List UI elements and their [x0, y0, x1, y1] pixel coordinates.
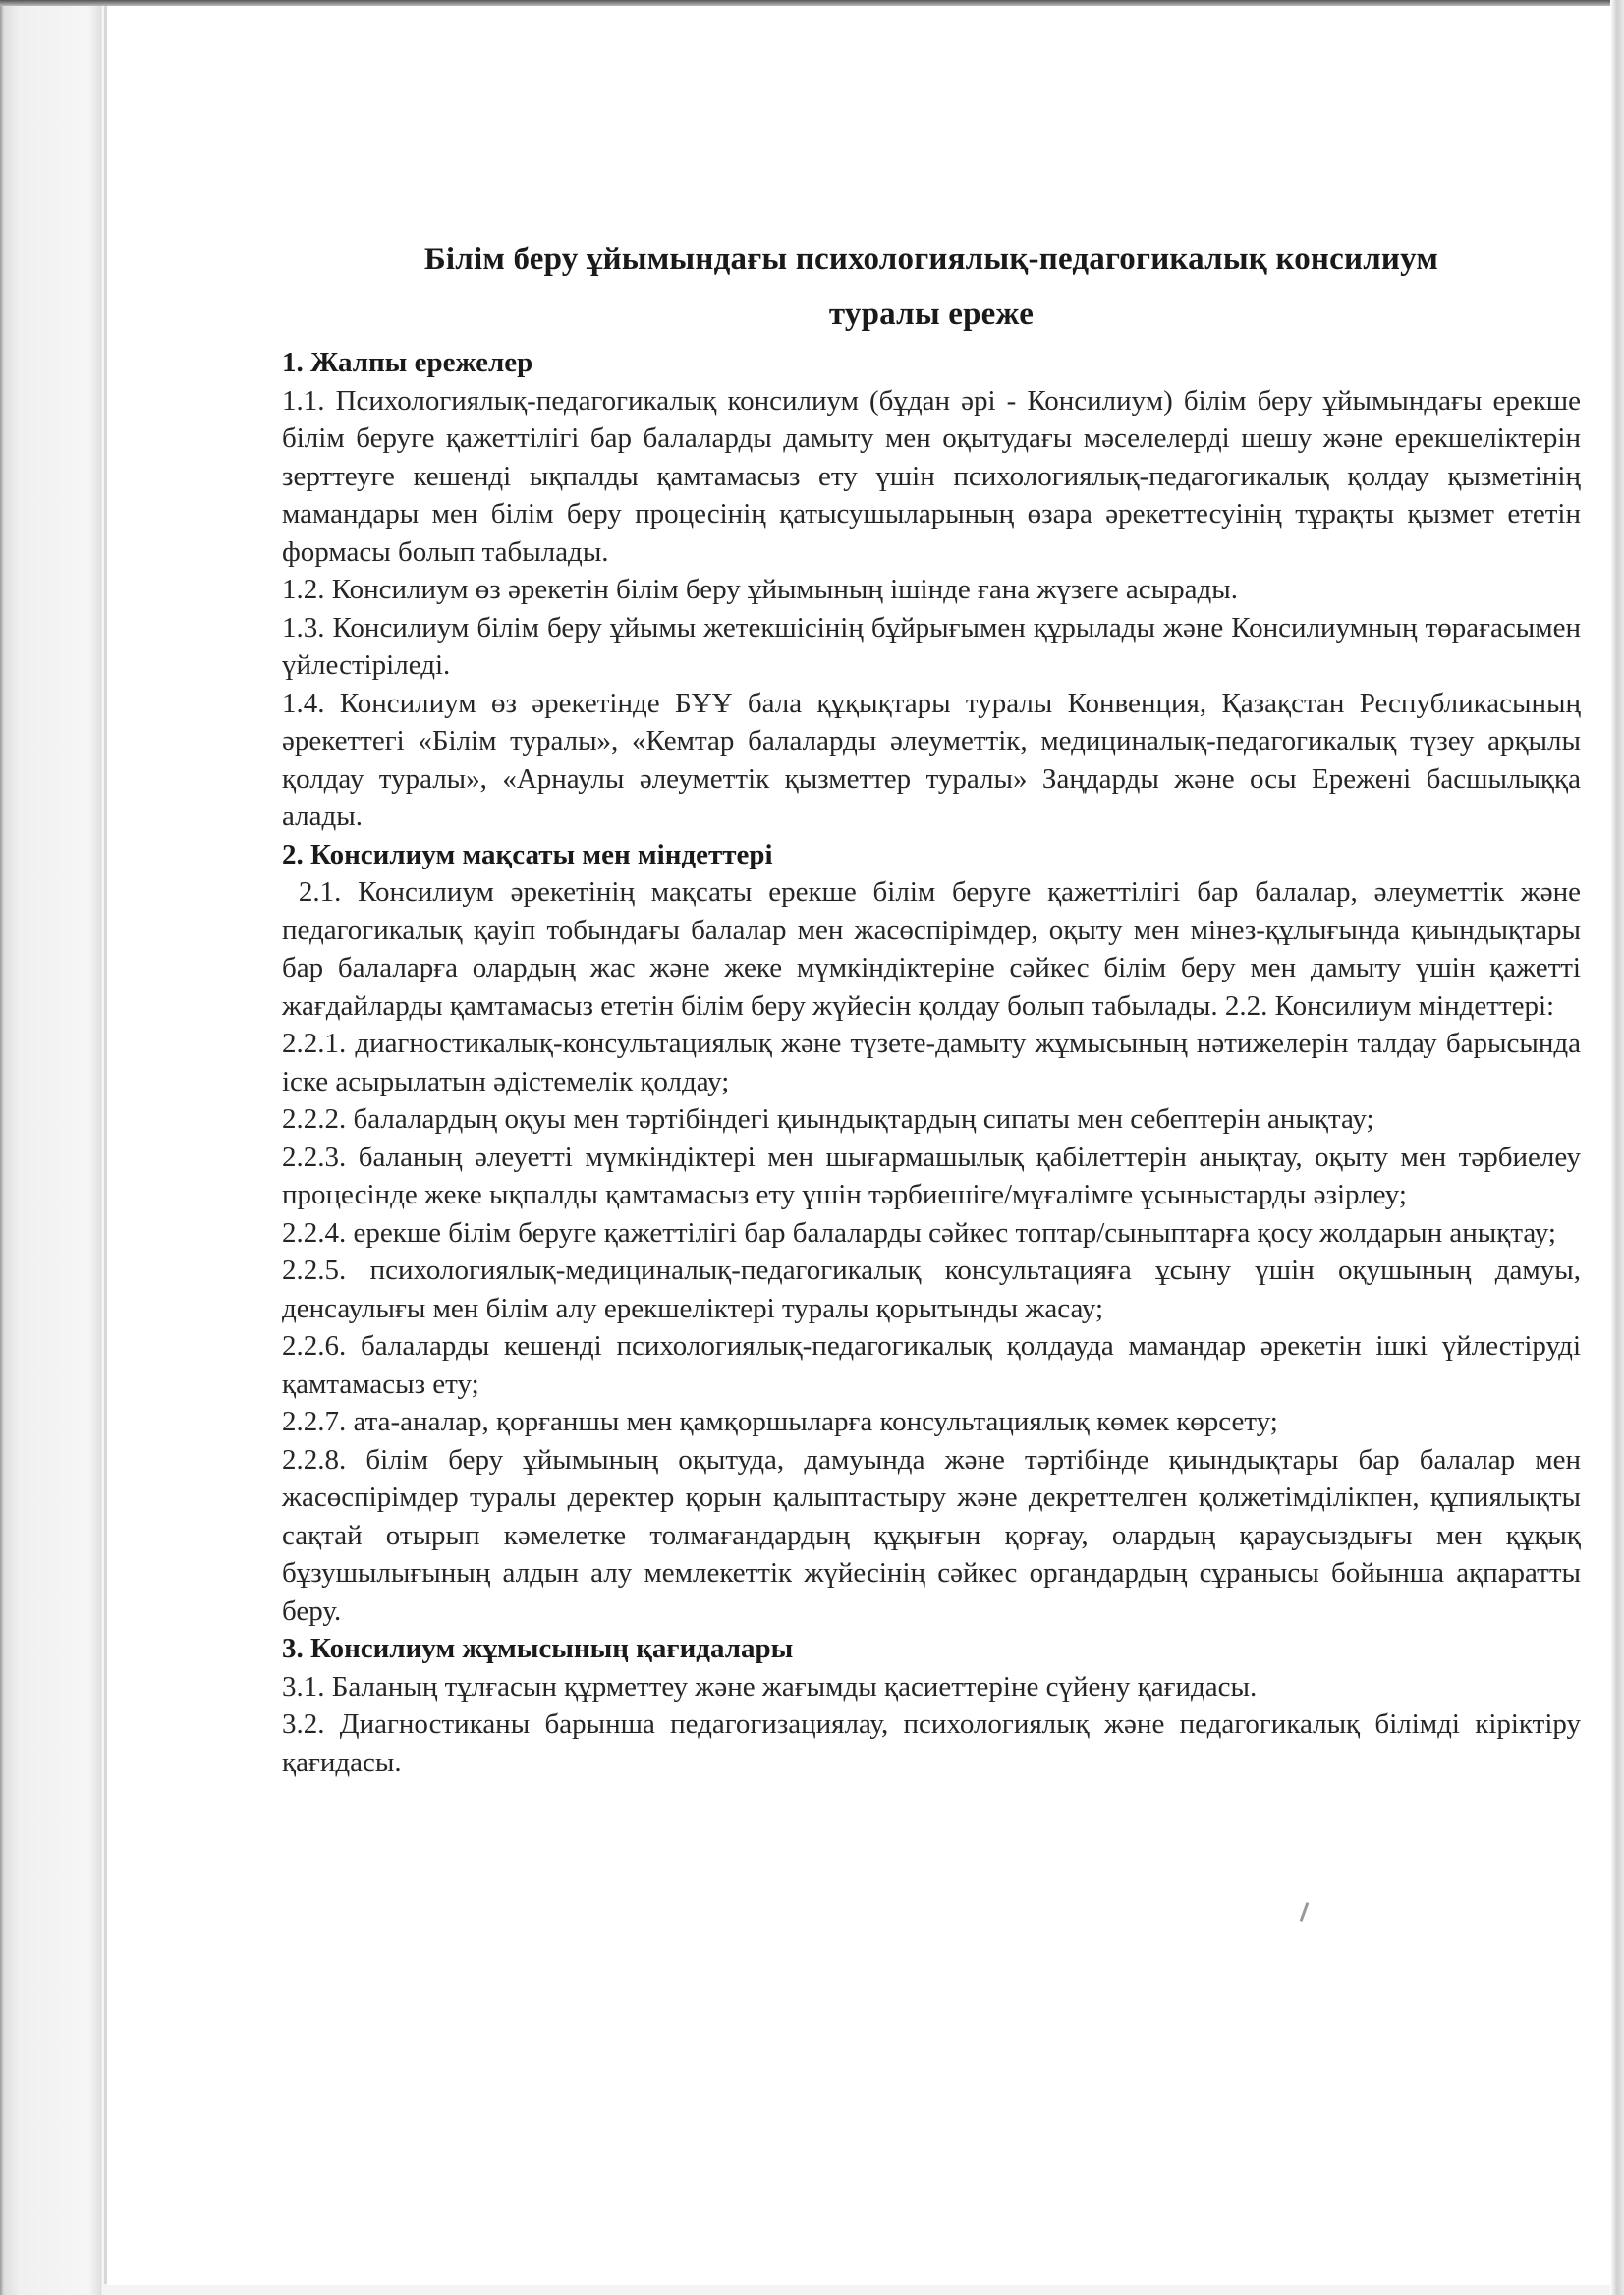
section-principles: 3. Консилиум жұмысының қағидалары 3.1. Б… — [282, 1630, 1581, 1781]
section-general-provisions: 1. Жалпы ережелер 1.1. Психологиялық-пед… — [282, 344, 1581, 836]
section-heading: 2. Консилиум мақсаты мен міндеттері — [282, 836, 1581, 874]
document-title-line-1: Білім беру ұйымындағы психологиялық-педа… — [282, 232, 1581, 287]
paragraph-2-2-1: 2.2.1. диагностикалық-консультациялық жә… — [282, 1025, 1581, 1100]
document-title-line-2: туралы ереже — [282, 287, 1581, 342]
paragraph-1-4: 1.4. Консилиум өз әрекетінде БҰҰ бала құ… — [282, 685, 1581, 836]
paragraph-2-1: 2.1. Консилиум әрекетінің мақсаты ерекше… — [282, 873, 1581, 1025]
paragraph-2-2-6: 2.2.6. балаларды кешенді психологиялық-п… — [282, 1327, 1581, 1403]
section-goals-and-tasks: 2. Консилиум мақсаты мен міндеттері 2.1.… — [282, 836, 1581, 1631]
document-page: Білім беру ұйымындағы психологиялық-педа… — [107, 6, 1610, 2285]
paragraph-1-3: 1.3. Консилиум білім беру ұйымы жетекшіс… — [282, 609, 1581, 685]
section-heading: 3. Консилиум жұмысының қағидалары — [282, 1630, 1581, 1668]
paragraph-1-1: 1.1. Психологиялық-педагогикалық консили… — [282, 382, 1581, 572]
scan-left-shadow — [0, 0, 103, 2295]
document-content: Білім беру ұйымындағы психологиялық-педа… — [282, 232, 1581, 1781]
paragraph-2-2-8: 2.2.8. білім беру ұйымының оқытуда, даму… — [282, 1441, 1581, 1631]
section-heading: 1. Жалпы ережелер — [282, 344, 1581, 382]
paragraph-2-2-7: 2.2.7. ата-аналар, қорғаншы мен қамқоршы… — [282, 1403, 1581, 1441]
paragraph-3-2: 3.2. Диагностиканы барынша педагогизация… — [282, 1706, 1581, 1781]
paragraph-1-2: 1.2. Консилиум өз әрекетін білім беру ұй… — [282, 571, 1581, 609]
document-title: Білім беру ұйымындағы психологиялық-педа… — [282, 232, 1581, 342]
paragraph-2-2-5: 2.2.5. психологиялық-медициналық-педагог… — [282, 1252, 1581, 1327]
scan-right-edge — [1610, 0, 1624, 2295]
paragraph-3-1: 3.1. Баланың тұлғасын құрметтеу және жағ… — [282, 1668, 1581, 1707]
pen-mark — [1300, 1902, 1310, 1922]
paragraph-2-2-2: 2.2.2. балалардың оқуы мен тәртібіндегі … — [282, 1100, 1581, 1139]
paragraph-2-2-3: 2.2.3. баланың әлеуетті мүмкіндіктері ме… — [282, 1139, 1581, 1214]
paragraph-2-2-4: 2.2.4. ерекше білім беруге қажеттілігі б… — [282, 1214, 1581, 1253]
